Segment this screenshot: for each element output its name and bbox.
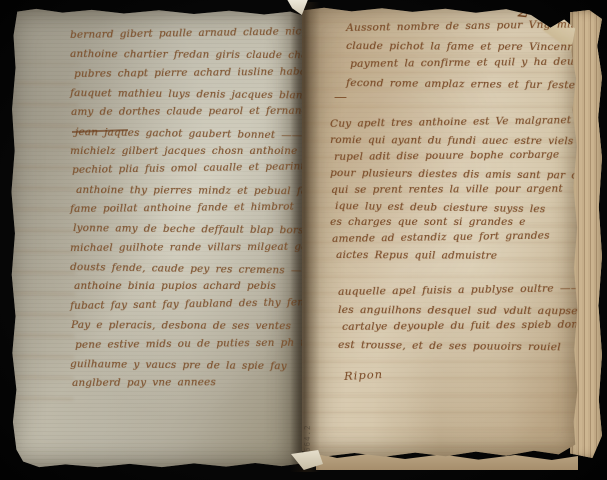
manuscript-scan: bernard gibert paulle arnaud claude nico… (0, 0, 607, 480)
handwritten-line: pubres chapt pierre achard iusline habau… (74, 62, 342, 84)
margin-dash: — (334, 90, 347, 105)
handwritten-line: fubact fay sant fay faubland des thy fen… (70, 293, 342, 317)
right-page-paragraph-1: Aussont nombre de sans pour Vng millecla… (346, 19, 607, 92)
handwritten-line: amy de dorthes claude pearol et fernand (71, 102, 342, 123)
handwritten-line: est trousse, et de ses pouuoirs rouiel (338, 337, 607, 357)
handwritten-line: pechiot plia fuis omol caualle et pearin… (72, 157, 342, 181)
handwritten-line: aictes Repus quil admuistre (336, 247, 607, 265)
handwritten-line: fame poillat anthoine fande et himbrot (70, 197, 342, 219)
left-page: bernard gibert paulle arnaud claude nico… (10, 8, 302, 468)
archival-shelfmark: 664.2 (303, 424, 312, 452)
handwritten-line: auquelle apel fuisis a publyse oultre —— (338, 280, 607, 302)
handwritten-line: Aussont nombre de sans pour Vng mille (346, 15, 607, 37)
handwritten-line: amende ad estandiz que fort grandes (332, 226, 607, 247)
right-page-paragraph-3: auquelle apel fuisis a publyse oultre ——… (338, 284, 607, 354)
handwritten-line: payment la confirme et quil y ha deux vi… (350, 53, 607, 74)
left-page-text: bernard gibert paulle arnaud claude nico… (70, 26, 342, 394)
signoff-paraph: Ripon (344, 367, 384, 383)
handwritten-line: fecond rome amplaz ernes et fur festeme (346, 74, 607, 95)
ink-showthrough-left (11, 62, 79, 413)
handwritten-line: anglberd pay vne annees (72, 373, 342, 394)
handwritten-line: Cuy apelt tres anthoine est Ve malgranet… (330, 112, 607, 133)
handwritten-line: bernard gibert paulle arnaud claude nico… (70, 22, 342, 46)
right-page: 2 Aussont nombre de sans pour Vng millec… (302, 6, 578, 458)
handwritten-line: cartalye deyouple du fuit des spieb domm… (342, 316, 607, 336)
right-page-paragraph-2: Cuy apelt tres anthoine est Ve malgranet… (330, 116, 607, 264)
handwritten-line: michael guilhote rande villars milgeat g… (70, 237, 342, 258)
handwritten-line: qui se prent rentes la ville pour argent (331, 180, 607, 198)
handwritten-line: rupel adit dise pouure bophe corbarge (334, 146, 607, 165)
